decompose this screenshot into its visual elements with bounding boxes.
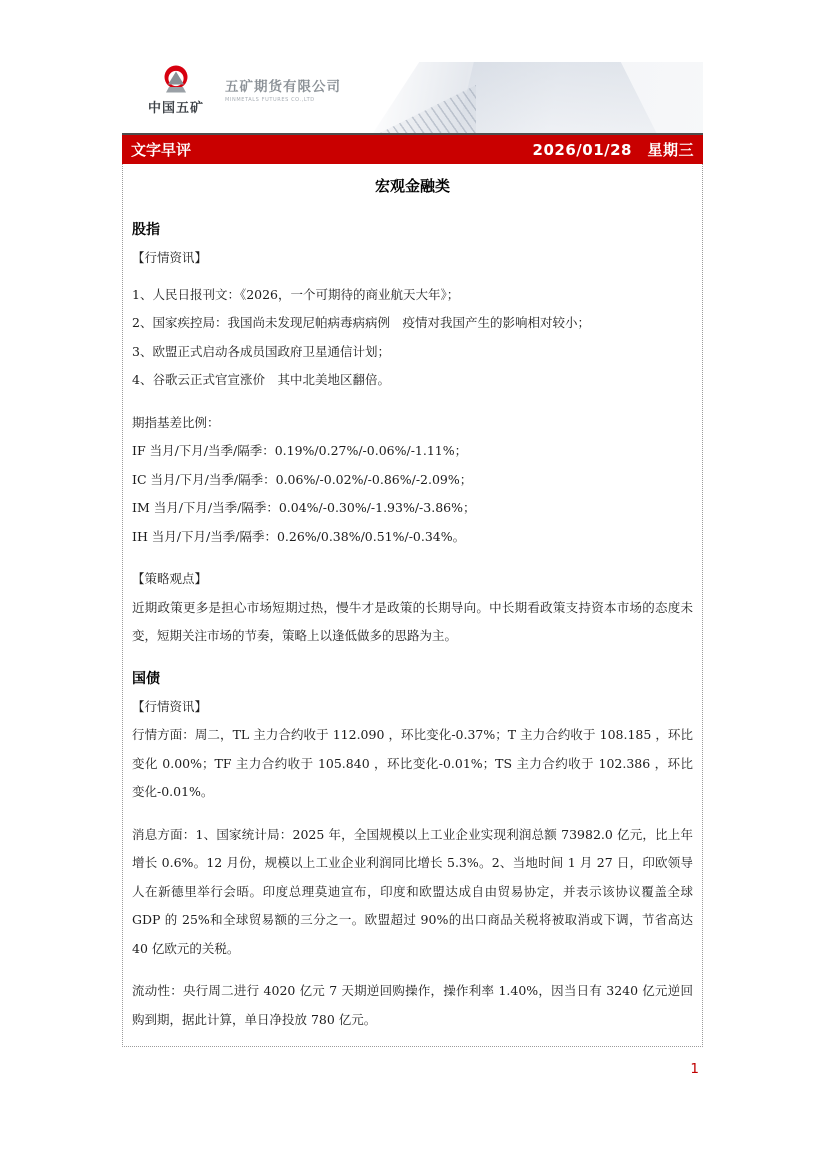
section-heading-stock-index: 股指 [132,220,693,240]
stock-strategy-label: 【策略观点】 [132,565,693,594]
basis-line: IM 当月/下月/当季/隔季：0.04%/-0.30%/-1.93%/-3.86… [132,494,693,523]
treasury-news-paragraph: 消息方面：1、国家统计局：2025 年，全国规模以上工业企业实现利润总额 739… [132,821,693,964]
basis-title: 期指基差比例： [132,409,693,438]
report-title: 宏观金融类 [132,176,693,196]
stock-news-list: 1、人民日报刊文：《2026，一个可期待的商业航天大年》； 2、国家疾控局：我国… [132,281,693,395]
section-heading-treasury: 国债 [132,669,693,689]
company-block: 五矿期货有限公司 MINMETALS FUTURES CO.,LTD [225,75,341,103]
spacer [132,963,693,977]
title-banner: 文字早评 2026/01/28 星期三 [122,133,703,164]
report-page: { "colors": { "banner_red": "#c90000", "… [0,0,826,1169]
report-header: 中国五矿 五矿期货有限公司 MINMETALS FUTURES CO.,LTD [122,62,703,133]
spacer [132,551,693,565]
treasury-info-label: 【行情资讯】 [132,693,693,722]
spacer [132,395,693,409]
page-number: 1 [122,1061,703,1077]
news-item: 1、人民日报刊文：《2026，一个可期待的商业航天大年》； [132,281,693,310]
basis-line: IC 当月/下月/当季/隔季：0.06%/-0.02%/-0.86%/-2.09… [132,466,693,495]
news-item: 4、谷歌云正式官宣涨价 其中北美地区翻倍。 [132,366,693,395]
logo-label: 中国五矿 [148,97,204,116]
news-item: 2、国家疾控局：我国尚未发现尼帕病毒病病例 疫情对我国产生的影响相对较小； [132,309,693,338]
company-name-en: MINMETALS FUTURES CO.,LTD [225,97,341,103]
company-name: 五矿期货有限公司 [225,75,341,95]
basis-list: IF 当月/下月/当季/隔季：0.19%/0.27%/-0.06%/-1.11%… [132,437,693,551]
treasury-liquidity-paragraph: 流动性：央行周二进行 4020 亿元 7 天期逆回购操作，操作利率 1.40%，… [132,977,693,1034]
banner-title: 文字早评 [131,139,191,160]
treasury-market-paragraph: 行情方面：周二，TL 主力合约收于 112.090 ，环比变化-0.37%；T … [132,721,693,807]
stock-info-label: 【行情资讯】 [132,244,693,273]
spacer [132,1034,693,1047]
basis-line: IH 当月/下月/当季/隔季：0.26%/0.38%/0.51%/-0.34%。 [132,523,693,552]
minmetals-logo: 中国五矿 [148,65,204,116]
document-body: 宏观金融类 股指 【行情资讯】 1、人民日报刊文：《2026，一个可期待的商业航… [122,164,703,1047]
minmetals-logo-icon [158,65,194,96]
stock-strategy-paragraph: 近期政策更多是担心市场短期过热，慢牛才是政策的长期导向。中长期看政策支持资本市场… [132,594,693,651]
report-column: 中国五矿 五矿期货有限公司 MINMETALS FUTURES CO.,LTD … [122,62,703,1077]
banner-date: 2026/01/28 星期三 [533,139,694,160]
basis-line: IF 当月/下月/当季/隔季：0.19%/0.27%/-0.06%/-1.11%… [132,437,693,466]
spacer [132,807,693,821]
news-item: 3、欧盟正式启动各成员国政府卫星通信计划； [132,338,693,367]
